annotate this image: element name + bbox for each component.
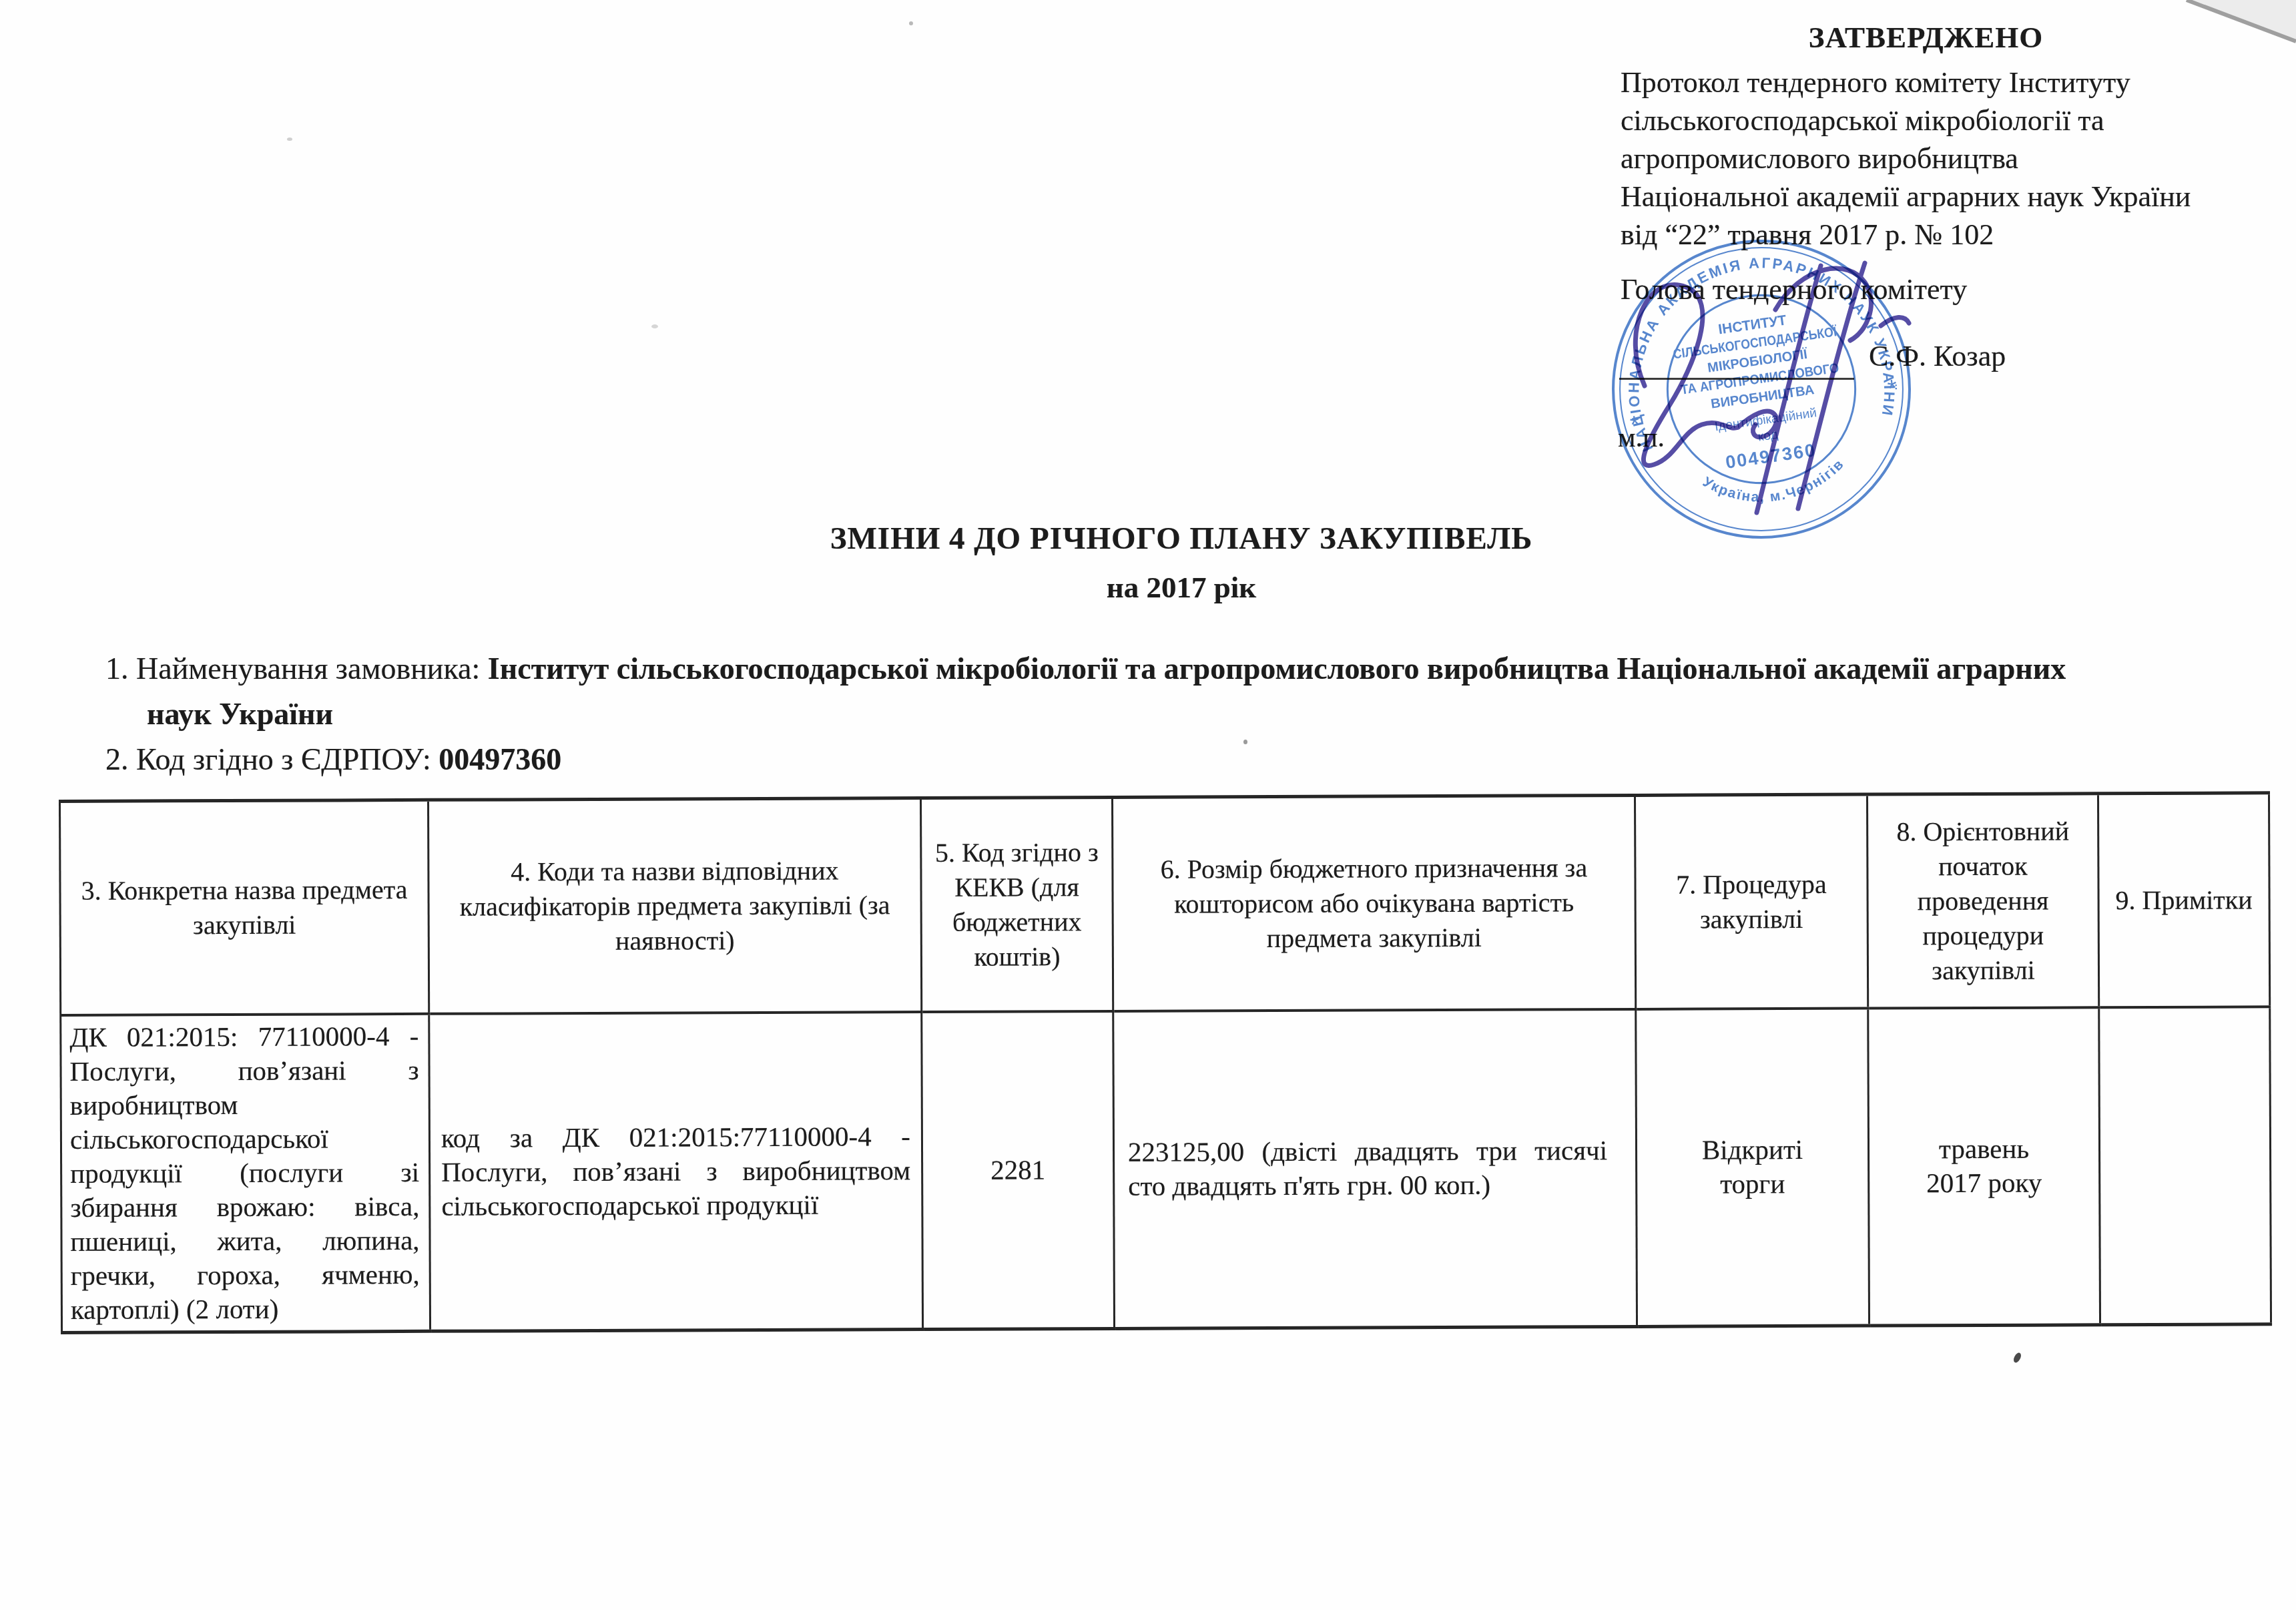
list-item-customer: 1. Найменування замовника: Інститут сіль… bbox=[105, 646, 2098, 737]
cell-notes bbox=[2099, 1007, 2271, 1324]
numbered-list: 1. Найменування замовника: Інститут сіль… bbox=[105, 646, 2098, 782]
approval-line: Протокол тендерного комітету Інституту bbox=[1621, 63, 2231, 101]
table-header-row: 3. Конкретна назва предмета закупівлі 4.… bbox=[60, 793, 2270, 1015]
cell-subject-name: ДК 021:2015: 77110000-4 - Послуги, пов’я… bbox=[61, 1013, 431, 1332]
item-number: 1. bbox=[105, 651, 129, 686]
document-title: ЗМІНИ 4 ДО РІЧНОГО ПЛАНУ ЗАКУПІВЕЛЬ на 2… bbox=[0, 521, 2296, 605]
signature-stroke bbox=[1738, 411, 1777, 437]
approval-line: сільськогосподарської мікробіології та bbox=[1621, 101, 2231, 140]
signature-stroke bbox=[1798, 263, 1865, 509]
cell-procedure: Відкриті торги bbox=[1636, 1008, 1870, 1326]
signature-stroke bbox=[1881, 317, 1909, 326]
header-kekv-code: 5. Код згідно з КЕКВ (для бюджетних кошт… bbox=[921, 797, 1113, 1011]
cell-start-date: травень 2017 року bbox=[1868, 1007, 2100, 1326]
scan-speck bbox=[909, 21, 913, 25]
handwritten-signature bbox=[1601, 246, 1974, 533]
scan-speck bbox=[2012, 1352, 2022, 1364]
header-budget-amount: 6. Розмір бюджетного призначення за кошт… bbox=[1112, 795, 1635, 1011]
signature-stroke bbox=[1757, 266, 1821, 513]
scan-speck bbox=[287, 138, 292, 141]
item-number: 2. bbox=[105, 742, 129, 776]
approval-block: ЗАТВЕРДЖЕНО Протокол тендерного комітету… bbox=[1621, 19, 2231, 254]
signature-stroke bbox=[1775, 268, 1871, 340]
approval-line: Національної академії аграрних наук Укра… bbox=[1621, 178, 2231, 216]
approval-heading: ЗАТВЕРДЖЕНО bbox=[1621, 19, 2231, 57]
header-subject-name: 3. Конкретна назва предмета закупівлі bbox=[60, 800, 429, 1015]
header-notes: 9. Примітки bbox=[2098, 793, 2269, 1007]
approval-line: агропромислового виробництва bbox=[1621, 140, 2231, 178]
procurement-table: 3. Конкретна назва предмета закупівлі 4.… bbox=[59, 791, 2272, 1334]
item-value: 00497360 bbox=[439, 742, 561, 776]
procurement-table-wrap: 3. Конкретна назва предмета закупівлі 4.… bbox=[59, 791, 2271, 1334]
header-start-date: 8. Орієнтовний початок проведення процед… bbox=[1867, 794, 2098, 1008]
cell-classifier-codes: код за ДК 021:2015:77110000-4 - Послуги,… bbox=[429, 1012, 923, 1331]
scan-speck bbox=[1243, 740, 1247, 744]
header-procedure: 7. Процедура закупівлі bbox=[1635, 794, 1868, 1009]
cell-kekv-code: 2281 bbox=[922, 1011, 1115, 1329]
cell-budget-amount: 223125,00 (двісті двадцять три тисячі ст… bbox=[1113, 1009, 1637, 1328]
item-label: Найменування замовника: bbox=[136, 651, 488, 686]
header-classifier-codes: 4. Коди та назви відповідних класифікато… bbox=[428, 798, 922, 1014]
document-title-line1: ЗМІНИ 4 ДО РІЧНОГО ПЛАНУ ЗАКУПІВЕЛЬ bbox=[0, 521, 2296, 557]
table-row: ДК 021:2015: 77110000-4 - Послуги, пов’я… bbox=[61, 1007, 2271, 1332]
list-item-edrpou: 2. Код згідно з ЄДРПОУ: 00497360 bbox=[105, 737, 2098, 782]
document-title-line2: на 2017 рік bbox=[0, 570, 2296, 605]
signature-stroke bbox=[1635, 285, 1738, 466]
scanned-procurement-document: ЗАТВЕРДЖЕНО Протокол тендерного комітету… bbox=[0, 0, 2296, 1610]
item-label: Код згідно з ЄДРПОУ: bbox=[136, 742, 439, 776]
scan-speck bbox=[651, 324, 658, 328]
